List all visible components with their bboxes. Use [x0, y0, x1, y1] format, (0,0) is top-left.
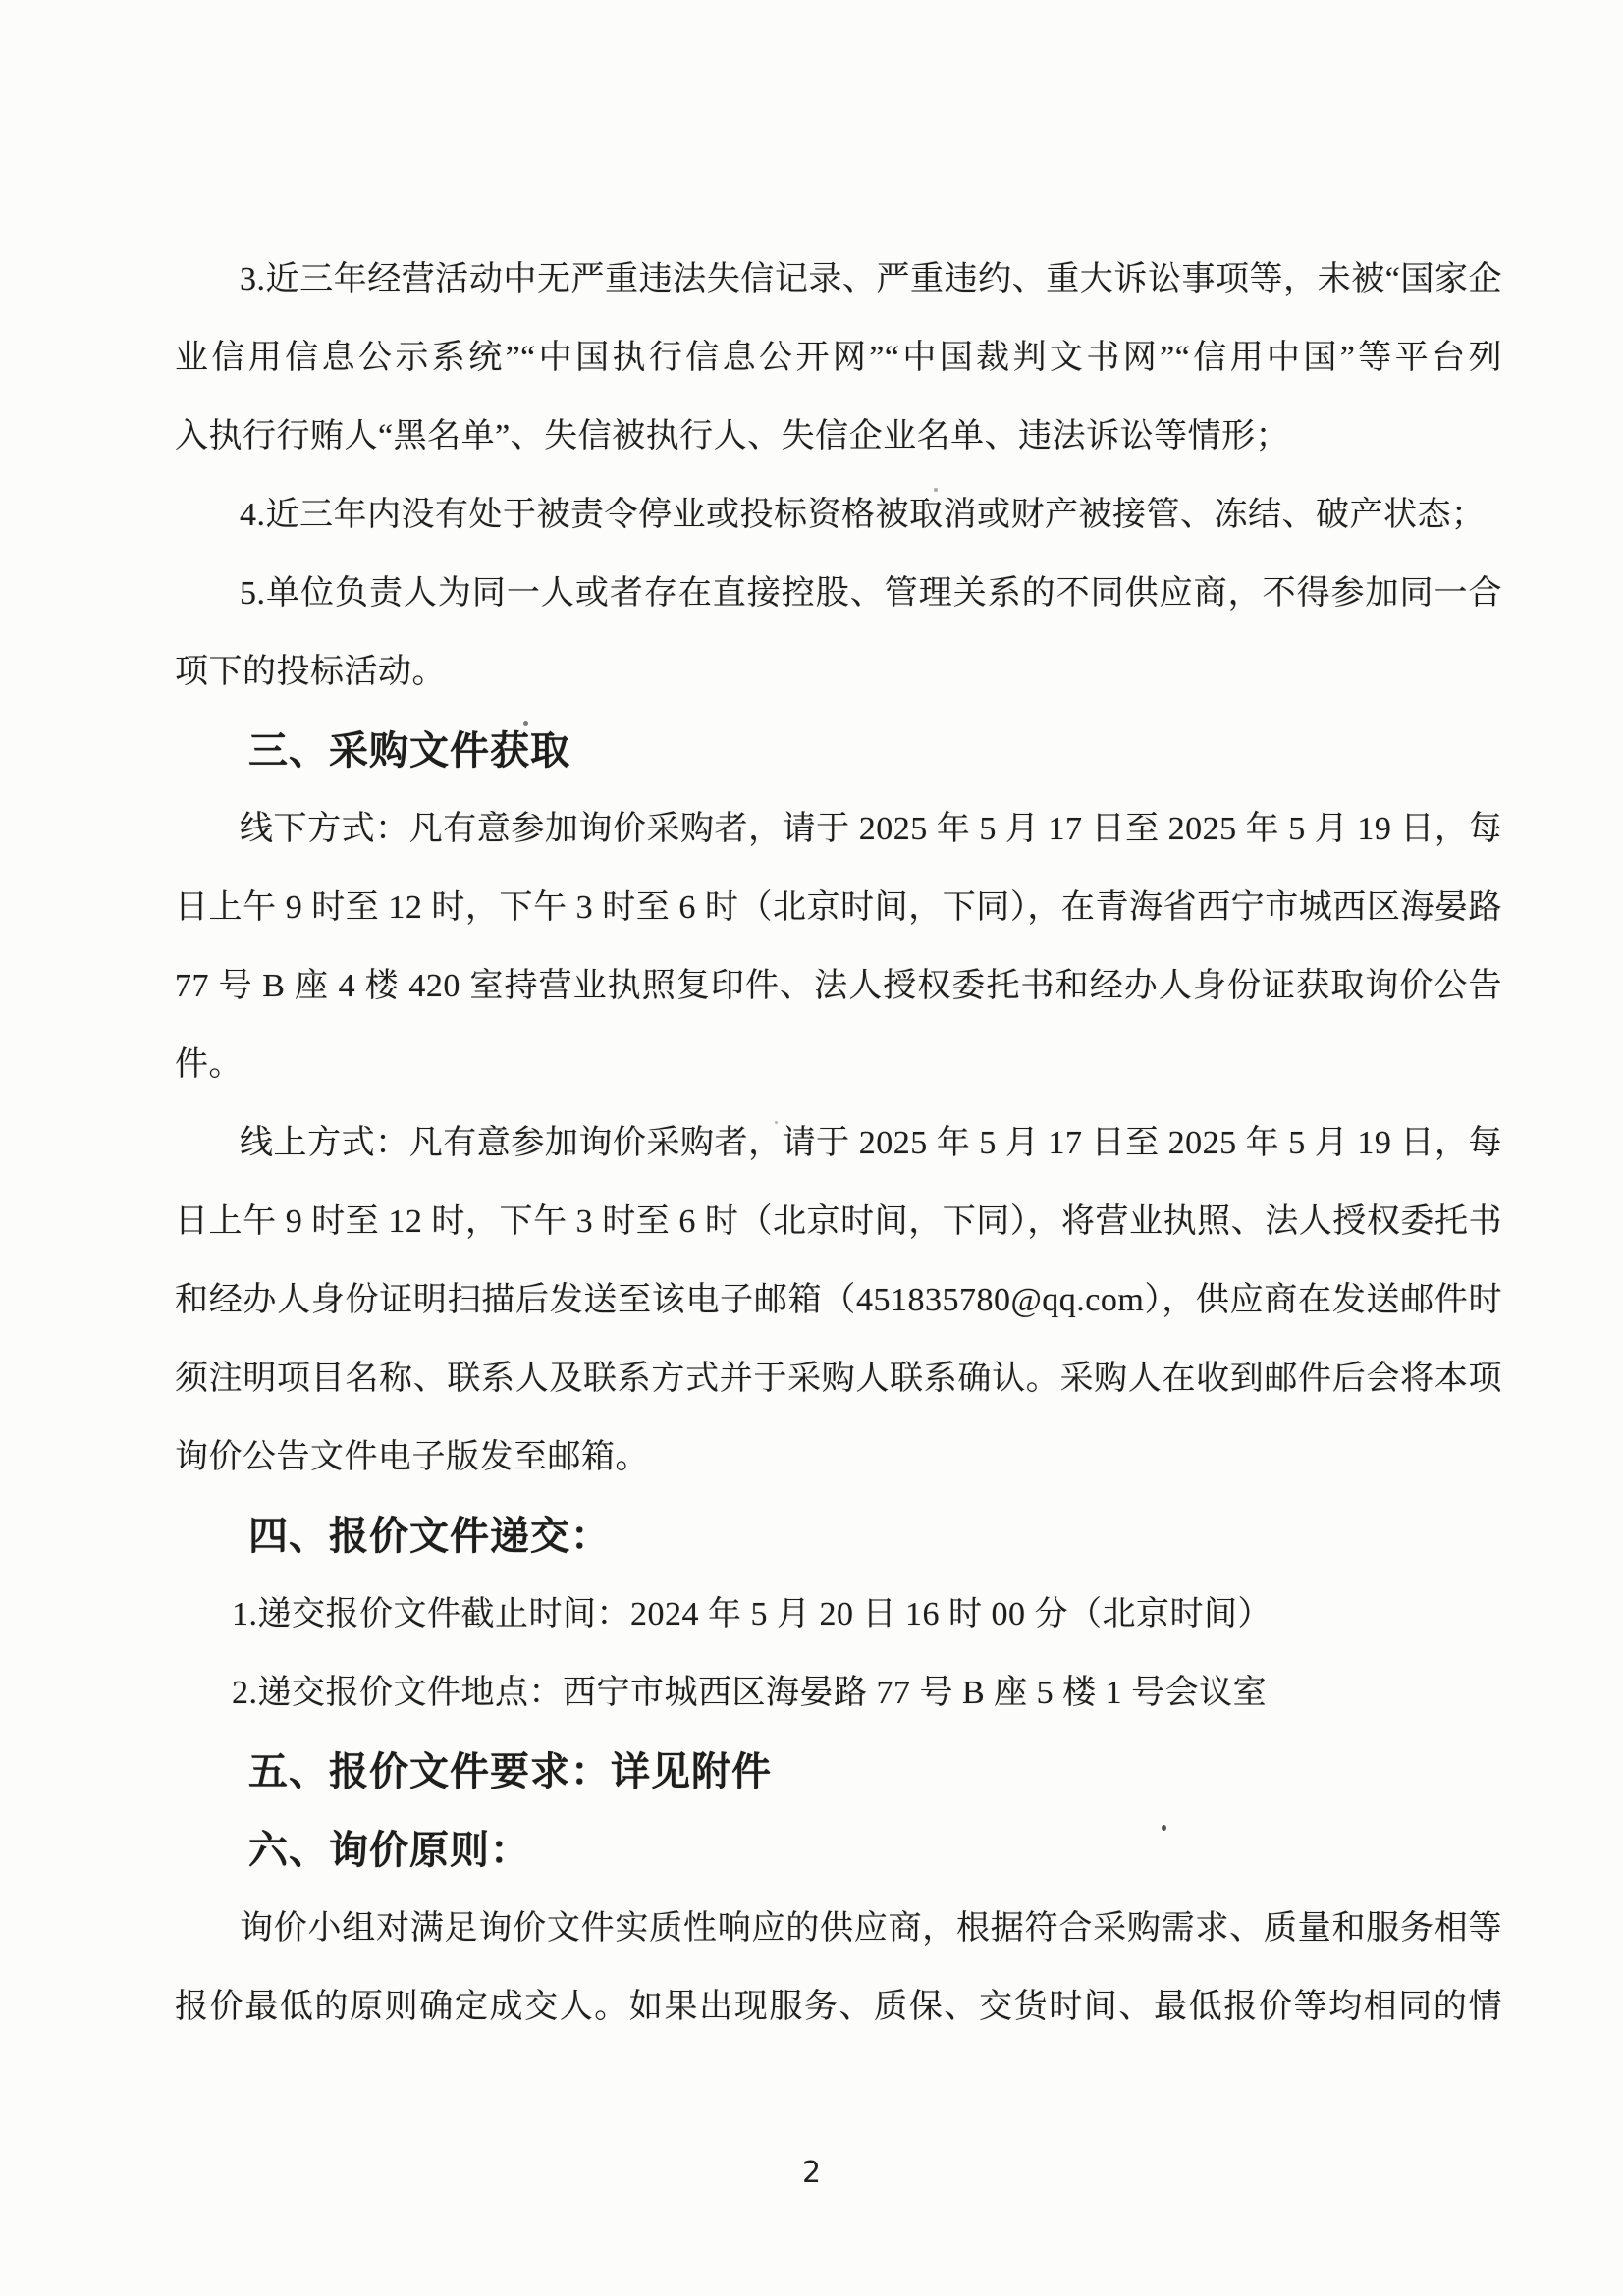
scan-speck	[1162, 1825, 1166, 1831]
doc-line: 线上方式：凡有意参加询价采购者，请于 2025 年 5 月 17 日至 2025…	[175, 1104, 1502, 1183]
doc-line: 线下方式：凡有意参加询价采购者，请于 2025 年 5 月 17 日至 2025…	[175, 790, 1502, 869]
heading-section-5-quote-requirements: 五、报价文件要求：详见附件	[175, 1733, 1502, 1811]
doc-line: 项下的投标活动。	[175, 633, 1502, 712]
doc-line: 5.单位负责人为同一人或者存在直接控股、管理关系的不同供应商，不得参加同一合同	[175, 555, 1502, 633]
doc-line: 须注明项目名称、联系人及联系方式并于采购人联系确认。采购人在收到邮件后会将本项目	[175, 1340, 1502, 1418]
doc-line: 询价小组对满足询价文件实质性响应的供应商，根据符合采购需求、质量和服务相等且	[175, 1890, 1502, 1968]
doc-line: 77 号 B 座 4 楼 420 室持营业执照复印件、法人授权委托书和经办人身份…	[175, 947, 1502, 1026]
doc-line: 报价最低的原则确定成交人。如果出现服务、质保、交货时间、最低报价等均相同的情况，	[175, 1968, 1502, 2047]
doc-line: 件。	[175, 1026, 1502, 1104]
doc-line: 业信用信息公示系统”“中国执行信息公开网”“中国裁判文书网”“信用中国”等平台列	[175, 319, 1502, 398]
doc-line: 询价公告文件电子版发至邮箱。	[175, 1418, 1502, 1497]
doc-line: 4.近三年内没有处于被责令停业或投标资格被取消或财产被接管、冻结、破产状态；	[175, 476, 1502, 555]
page-number: 2	[0, 2156, 1623, 2190]
doc-line: 和经办人身份证明扫描后发送至该电子邮箱（451835780@qq.com），供应…	[175, 1261, 1502, 1340]
scan-speck	[775, 1121, 778, 1124]
doc-line: 日上午 9 时至 12 时，下午 3 时至 6 时（北京时间，下同），将营业执照…	[175, 1183, 1502, 1261]
heading-section-3-procurement-docs: 三、采购文件获取	[175, 712, 1502, 790]
doc-line: 1.递交报价文件截止时间：2024 年 5 月 20 日 16 时 00 分（北…	[175, 1575, 1502, 1654]
heading-section-6-inquiry-principles: 六、询价原则：	[175, 1811, 1502, 1890]
doc-line: 3.近三年经营活动中无严重违法失信记录、严重违约、重大诉讼事项等，未被“国家企	[175, 240, 1502, 319]
scan-speck	[934, 488, 938, 492]
heading-section-4-quote-submission: 四、报价文件递交：	[175, 1497, 1502, 1575]
doc-line: 2.递交报价文件地点：西宁市城西区海晏路 77 号 B 座 5 楼 1 号会议室	[175, 1654, 1502, 1733]
doc-line: 入执行行贿人“黑名单”、失信被执行人、失信企业名单、违法诉讼等情形；	[175, 398, 1502, 476]
scan-speck	[523, 721, 528, 726]
doc-line: 日上午 9 时至 12 时，下午 3 时至 6 时（北京时间，下同），在青海省西…	[175, 869, 1502, 947]
document-body: 3.近三年经营活动中无严重违法失信记录、严重违约、重大诉讼事项等，未被“国家企 …	[175, 240, 1502, 2047]
scanned-document-page: 3.近三年经营活动中无严重违法失信记录、严重违约、重大诉讼事项等，未被“国家企 …	[0, 0, 1623, 2296]
